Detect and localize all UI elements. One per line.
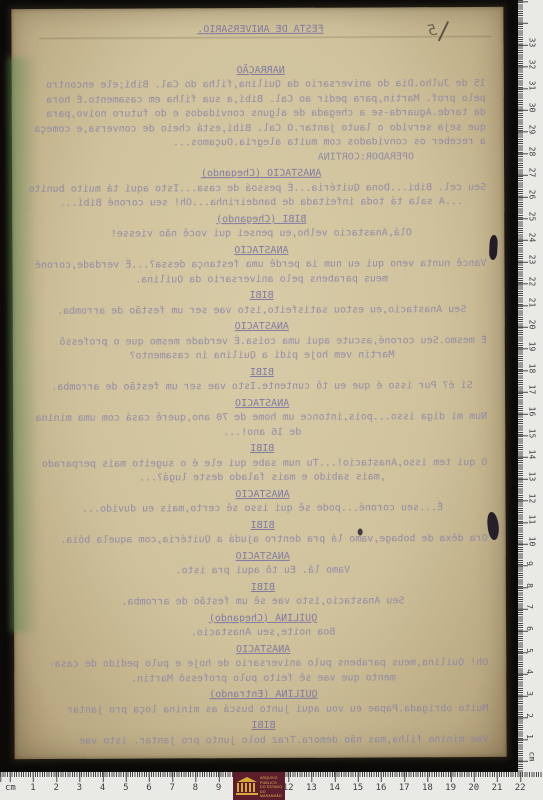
ruler-cm-label: 14 xyxy=(329,783,340,793)
ink-speck xyxy=(358,529,363,536)
ruler-cm-label: 8 xyxy=(193,783,198,793)
folio-slash xyxy=(438,21,449,42)
ruler-cm-label: 17 xyxy=(527,385,536,395)
ruler-cm-label: 16 xyxy=(376,783,387,793)
script-line: Ora dêxa de bobage,vamo lá pra dentro aj… xyxy=(38,532,488,548)
ruler-cm-label: 20 xyxy=(468,783,479,793)
ruler-cm-label: 5 xyxy=(525,648,534,653)
ink-blot xyxy=(486,512,500,541)
scanner-ruler-vertical: cm 3332313029282726252423222120191817161… xyxy=(518,0,543,772)
ruler-cm-label: 13 xyxy=(306,783,317,793)
archive-building-icon xyxy=(236,776,258,796)
ruler-unit-label: cm xyxy=(527,752,536,762)
ruler-cm-label: 20 xyxy=(527,320,536,330)
ruler-cm-label: 18 xyxy=(422,783,433,793)
ruler-cm-label: 25 xyxy=(527,211,536,221)
ruler-cm-label: 22 xyxy=(515,783,526,793)
script-line: ...A sala tá toda infeitada de bandeirin… xyxy=(36,195,486,211)
script-text: FESTA DE ANIVERSARIO.NARRAÇÃO15 de Julho… xyxy=(35,22,488,749)
ruler-cm-label: 26 xyxy=(527,190,536,200)
ruler-cm-label: 1 xyxy=(525,734,534,739)
ruler-cm-label: 24 xyxy=(527,233,536,243)
ruler-unit-label: cm xyxy=(5,783,16,793)
ruler-cm-label: 33 xyxy=(527,38,536,48)
script-line: meus parabens pelo aniversario da Quilin… xyxy=(37,272,487,288)
script-line: Boa noite,seu Anastacio. xyxy=(38,625,488,641)
ruler-cm-label: 18 xyxy=(527,363,536,373)
ink-blot xyxy=(489,235,498,260)
script-line: Si é? Pur isso é que eu tô cuntente.Isto… xyxy=(37,379,487,395)
script-line: OPERADOR:CORTINA xyxy=(36,150,486,166)
ruler-cm-label: 4 xyxy=(100,783,105,793)
script-line: mento que vae sê feito pulo professô Mar… xyxy=(38,671,488,687)
ruler-cm-label: 16 xyxy=(527,407,536,417)
ruler-cm-label: 11 xyxy=(527,515,536,525)
ruler-cm-label: 15 xyxy=(352,783,363,793)
script-line: ,mais sabido e mais falado deste lugá?..… xyxy=(37,470,487,486)
ruler-cm-label: 19 xyxy=(445,783,456,793)
ruler-cm-label: 17 xyxy=(399,783,410,793)
ruler-cm-label: 5 xyxy=(123,783,128,793)
ruler-cm-label: 1 xyxy=(30,783,35,793)
script-line: É...seu coroné...pode sê qui isso sê cer… xyxy=(38,501,488,517)
ruler-cm-label: 3 xyxy=(77,783,82,793)
ruler-cm-label: 12 xyxy=(527,493,536,503)
ruler-cm-label: 6 xyxy=(146,783,151,793)
ruler-cm-label: 29 xyxy=(527,124,536,134)
ruler-cm-label: 23 xyxy=(527,255,536,265)
script-line: Seu Anastacio,eu estou satisfeito,isto v… xyxy=(37,303,487,319)
ruler-cm-label: 2 xyxy=(53,783,58,793)
script-title: FESTA DE ANIVERSARIO. xyxy=(35,22,485,38)
ruler-cm-label: 6 xyxy=(525,626,534,631)
ruler-cm-label: 21 xyxy=(492,783,503,793)
script-line: Vamo lá. Eu tô aqui pra isto. xyxy=(38,563,488,579)
script-line: Vae minina filha,mas não demora.Traz bol… xyxy=(39,733,489,749)
scanned-page: FESTA DE ANIVERSARIO.NARRAÇÃO15 de Julho… xyxy=(11,7,506,759)
ruler-cm-label: 30 xyxy=(527,103,536,113)
ruler-cm-label: 14 xyxy=(527,450,536,460)
script-line: Martin vem hoje pidí a Quilina in casame… xyxy=(37,348,487,364)
ruler-cm-label: 7 xyxy=(169,783,174,793)
script-line: Olá,Anastacio velho,eu pensei qui você n… xyxy=(36,226,486,242)
ruler-cm-label: 3 xyxy=(525,691,534,696)
ruler-cm-label: 19 xyxy=(527,341,536,351)
ruler-cm-label: 2 xyxy=(525,713,534,718)
ruler-cm-label: 32 xyxy=(527,59,536,69)
ruler-cm-label: 9 xyxy=(525,561,534,566)
ruler-cm-label: 13 xyxy=(527,472,536,482)
ruler-cm-label: 4 xyxy=(525,669,534,674)
ruler-cm-label: 21 xyxy=(527,298,536,308)
handwritten-folio-mark: 5 xyxy=(427,19,457,49)
ruler-cm-label: 31 xyxy=(527,81,536,91)
script-line: de 16 ano!... xyxy=(37,425,487,441)
archive-logo-stamp: ARQUIVOPÚBLICODO ESTADODO MARANHÃO xyxy=(233,772,285,800)
folio-number: 5 xyxy=(426,21,438,40)
ruler-cm-label: 8 xyxy=(525,583,534,588)
ruler-cm-label: 15 xyxy=(527,428,536,438)
ruler-cm-label: 27 xyxy=(527,168,536,178)
ruler-cm-label: 10 xyxy=(527,537,536,547)
archive-logo-text: ARQUIVOPÚBLICODO ESTADODO MARANHÃO xyxy=(258,773,285,798)
ruler-cm-label: 7 xyxy=(525,604,534,609)
script-line: Muito obrigada.Papae eu vou aqui junto b… xyxy=(38,702,488,718)
mirrored-typewritten-text: FESTA DE ANIVERSARIO.NARRAÇÃO15 de Julho… xyxy=(35,15,488,741)
archive-logo-text-line: DO MARANHÃO xyxy=(260,790,284,799)
ruler-cm-label: 9 xyxy=(216,783,221,793)
script-line: Seu Anastacio,isto vae sê um festão de a… xyxy=(38,594,488,610)
ruler-cm-label: 28 xyxy=(527,146,536,156)
ruler-cm-label: 22 xyxy=(527,276,536,286)
